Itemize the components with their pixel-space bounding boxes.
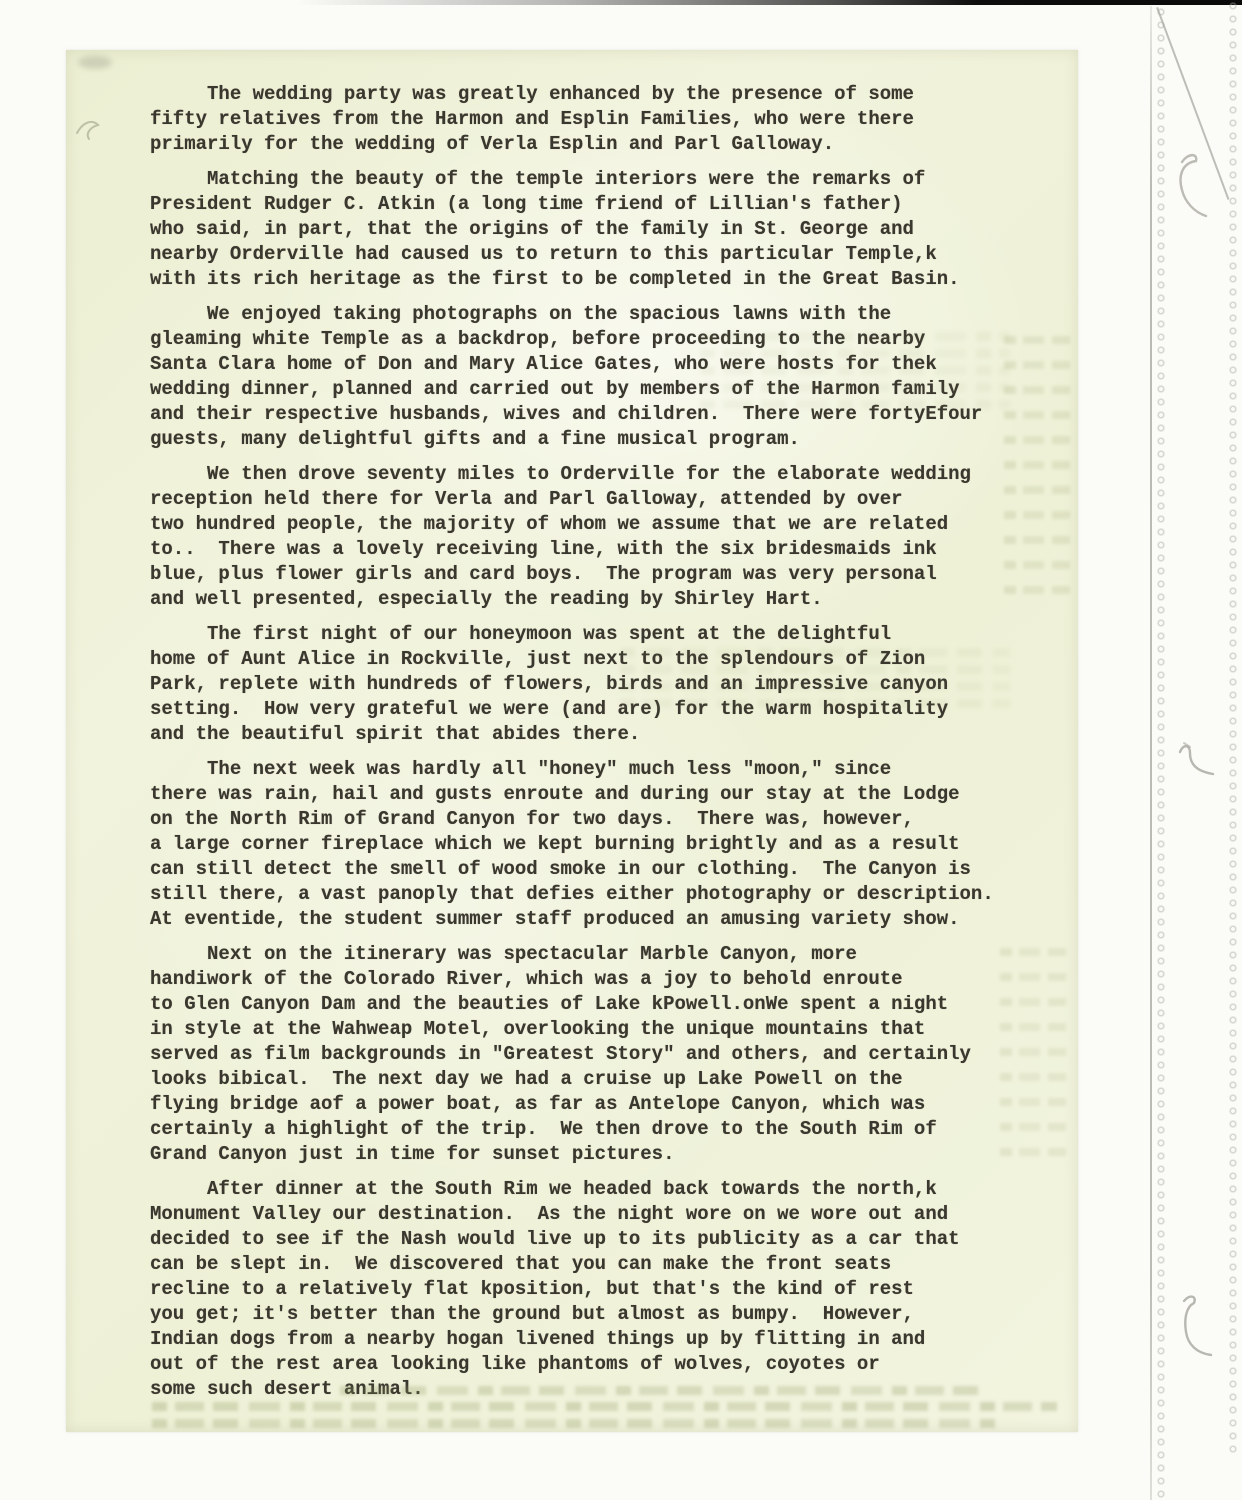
document-text: The wedding party was greatly enhanced b…: [150, 82, 1080, 1412]
pen-hook-mark-middle: [1164, 740, 1220, 788]
scanner-edge-shadow: [295, 0, 1242, 5]
paragraph: After dinner at the South Rim we headed …: [150, 1177, 1080, 1402]
paper-sheet: The wedding party was greatly enhanced b…: [66, 50, 1078, 1432]
bleedthrough-text-upper: [700, 332, 1010, 417]
binding-perforation-strip-outer: [1226, 0, 1242, 1455]
bleedthrough-text-bottom-2: [152, 1402, 1057, 1419]
pencil-squiggle-mark: [74, 116, 108, 142]
pen-hook-mark-top: [1168, 150, 1220, 222]
bleedthrough-text-bottom-1: [340, 1386, 980, 1403]
paragraph: We then drove seventy miles to Ordervill…: [150, 462, 1080, 612]
bleedthrough-text-right-lower: [1000, 948, 1072, 1173]
paragraph: The wedding party was greatly enhanced b…: [150, 82, 1080, 157]
scan-smudge: [78, 56, 112, 69]
paragraph: The next week was hardly all "honey" muc…: [150, 757, 1080, 932]
pen-hook-mark-bottom: [1162, 1292, 1218, 1362]
paragraph: Next on the itinerary was spectacular Ma…: [150, 942, 1080, 1167]
bleedthrough-text-middle: [620, 648, 1010, 716]
bleedthrough-text-right-upper: [1004, 336, 1072, 611]
bleedthrough-text-bottom-3: [152, 1419, 1002, 1436]
paragraph: Matching the beauty of the temple interi…: [150, 167, 1080, 292]
binding-edge-line: [1150, 6, 1152, 1500]
scanned-page: The wedding party was greatly enhanced b…: [0, 0, 1242, 1500]
